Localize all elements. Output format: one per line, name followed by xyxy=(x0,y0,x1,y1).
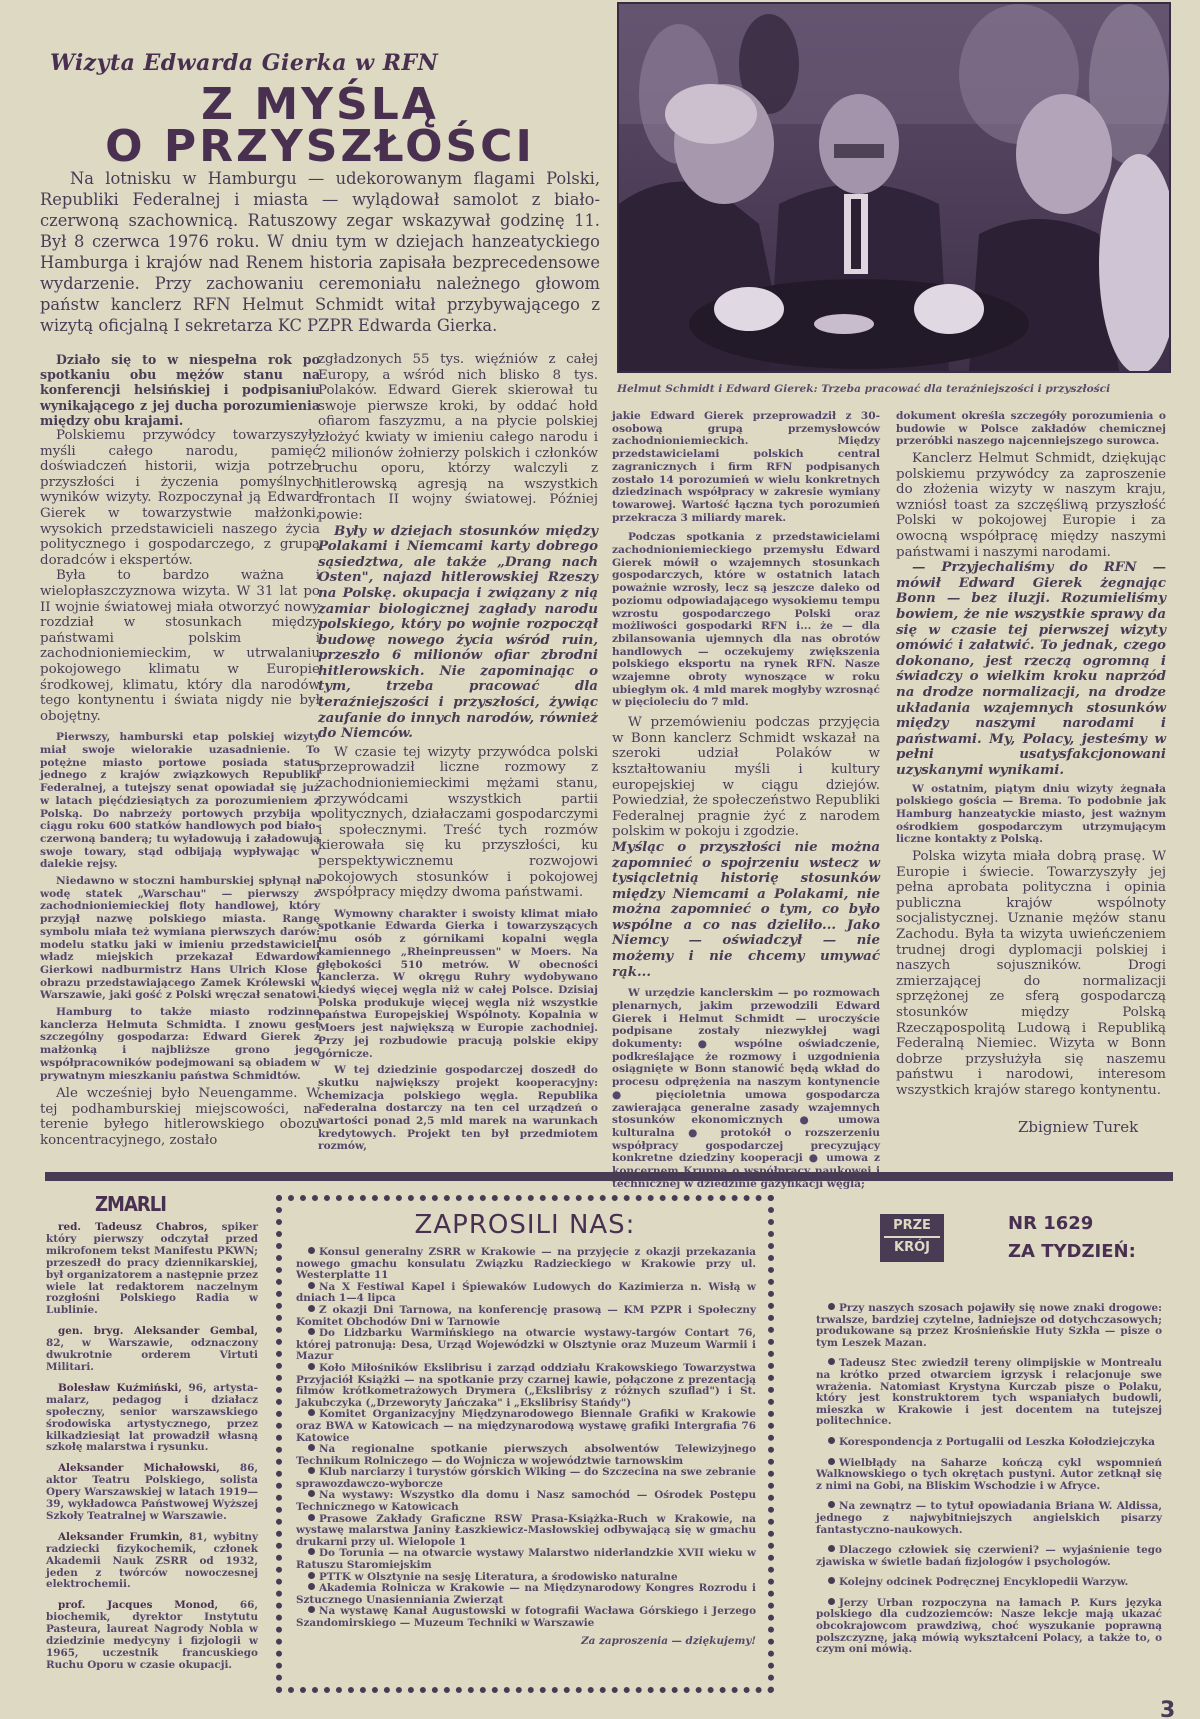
paragraph: W urzędzie kanclerskim — po rozmowach pl… xyxy=(612,987,880,1190)
invitations-title: ZAPROSILI NAS: xyxy=(276,1210,774,1240)
article-column-3: jakie Edward Gierek przeprowadził z 30-o… xyxy=(612,410,880,1191)
bullet-icon xyxy=(308,1583,315,1590)
photo-caption: Helmut Schmidt i Edward Gierek: Trzeba p… xyxy=(617,383,1187,395)
bullet-icon xyxy=(308,1247,315,1254)
paragraph: W ostatnim, piątym dniu wizyty żegnała p… xyxy=(896,783,1166,847)
invitations-list: Konsul generalny ZSRR w Krakowie — na pr… xyxy=(296,1247,756,1647)
next-issue-item: Korespondencja z Portugalii od Leszka Ko… xyxy=(816,1437,1162,1449)
section-divider xyxy=(45,1172,1173,1181)
paragraph: jakie Edward Gierek przeprowadził z 30-o… xyxy=(612,410,880,524)
bullet-icon xyxy=(308,1409,315,1416)
paragraph: Podczas spotkania z przedstawicielami za… xyxy=(612,531,880,709)
next-issue-list: Przy naszych szosach pojawiły się nowe z… xyxy=(816,1303,1162,1665)
bullet-icon xyxy=(308,1467,315,1474)
bullet-icon xyxy=(308,1572,315,1579)
paragraph: Wymowny charakter i swoisty klimat miało… xyxy=(318,908,598,1060)
bullet-icon xyxy=(308,1305,315,1312)
bullet-icon xyxy=(828,1458,835,1465)
photo-image xyxy=(619,4,1169,371)
paragraph: W tej dziedzinie gospodarczej doszedł do… xyxy=(318,1064,598,1153)
quote-paragraph: — Przyjechaliśmy do RFN — mówił Edward G… xyxy=(896,560,1166,778)
obituaries-list: red. Tadeusz Chabros, spiker który pierw… xyxy=(46,1222,258,1681)
next-issue-item: Wielbłądy na Saharze kończą cykl wspomni… xyxy=(816,1458,1162,1493)
invitation-item: Na wystawy: Wszystko dla domu i Nasz sam… xyxy=(296,1490,756,1513)
bullet-icon xyxy=(828,1358,835,1365)
bullet-icon xyxy=(308,1490,315,1497)
obituary-item: gen. bryg. Aleksander Gembal, 82, w Wars… xyxy=(46,1326,258,1374)
invitation-item: Komitet Organizacyjny Międzynarodowego B… xyxy=(296,1409,756,1444)
przekroj-logo: PRZE KRÓJ xyxy=(880,1214,944,1262)
bullet-icon xyxy=(308,1606,315,1613)
article-column-4: dokument określa szczegóły porozumienia … xyxy=(896,410,1166,1099)
invitations-thanks: Za zaproszenia — dziękujemy! xyxy=(296,1636,756,1648)
obituary-item: Aleksander Frumkin, 81, wybitny radzieck… xyxy=(46,1532,258,1592)
paragraph: Niedawno w stoczni hamburskiej spłynął n… xyxy=(40,875,320,1002)
bullet-icon xyxy=(308,1282,315,1289)
next-issue-header: NR 1629 ZA TYDZIEŃ: xyxy=(1008,1210,1136,1266)
paragraph: Była to bardzo ważna i wielopłaszczyznow… xyxy=(40,568,320,724)
bullet-icon xyxy=(308,1328,315,1335)
obituary-item: Bolesław Kuźmiński, 96, artysta-malarz, … xyxy=(46,1383,258,1454)
invitation-item: Z okazji Dni Tarnowa, na konferencję pra… xyxy=(296,1305,756,1328)
bullet-icon xyxy=(828,1437,835,1444)
bullet-icon xyxy=(308,1363,315,1370)
next-issue-item: Przy naszych szosach pojawiły się nowe z… xyxy=(816,1303,1162,1349)
article-photo xyxy=(617,2,1171,373)
quote-paragraph: Myśląc o przyszłości nie można zapomnieć… xyxy=(612,840,880,980)
article-headline: Z MYŚLĄ O PRZYSZŁOŚCI xyxy=(40,84,600,168)
bullet-icon xyxy=(308,1444,315,1451)
next-issue-item: Kolejny odcinek Podręcznej Encyklopedii … xyxy=(816,1577,1162,1589)
paragraph: Polska wizyta miała dobrą prasę. W Europ… xyxy=(896,849,1166,1099)
invitation-item: Na wystawę Kanał Augustowski w fotografi… xyxy=(296,1606,756,1629)
obituary-item: prof. Jacques Monod, 66, biochemik, dyre… xyxy=(46,1600,258,1671)
quote-paragraph: Były w dziejach stosunków między Polakam… xyxy=(318,524,598,742)
article-column-2: zgładzonych 55 tys. więźniów z całej Eur… xyxy=(318,352,598,1153)
invitation-item: Do Lidzbarku Warmińskiego na otwarcie wy… xyxy=(296,1328,756,1363)
obituary-item: Aleksander Michałowski, 86, aktor Teatru… xyxy=(46,1463,258,1523)
bullet-icon xyxy=(828,1598,835,1605)
next-issue-item: Jerzy Urban rozpoczyna na łamach P. Kurs… xyxy=(816,1598,1162,1656)
paragraph: W czasie tej wizyty przywódca polski prz… xyxy=(318,745,598,901)
next-issue-item: Dlaczego człowiek się czerwieni? — wyjaś… xyxy=(816,1545,1162,1568)
next-issue-item: Tadeusz Stec zwiedził tereny olimpijskie… xyxy=(816,1358,1162,1428)
next-issue-item: Na zewnątrz — to tytuł opowiadania Brian… xyxy=(816,1501,1162,1536)
paragraph: Działo się to w niespełna rok po spotkan… xyxy=(40,352,320,428)
headline-line-2: O PRZYSZŁOŚCI xyxy=(40,126,600,168)
invitation-item: Koło Miłośników Ekslibrisu i zarząd oddz… xyxy=(296,1363,756,1409)
obituary-item: red. Tadeusz Chabros, spiker który pierw… xyxy=(46,1222,258,1317)
paragraph: dokument określa szczegóły porozumienia … xyxy=(896,410,1166,448)
paragraph: zgładzonych 55 tys. więźniów z całej Eur… xyxy=(318,352,598,524)
invitation-item: Na regionalne spotkanie pierwszych absol… xyxy=(296,1444,756,1467)
bullet-icon xyxy=(828,1545,835,1552)
invitation-item: Konsul generalny ZSRR w Krakowie — na pr… xyxy=(296,1247,756,1282)
invitation-item: Akademia Rolnicza w Krakowie — na Między… xyxy=(296,1583,756,1606)
next-issue-subtitle: ZA TYDZIEŃ: xyxy=(1008,1238,1136,1266)
headline-line-1: Z MYŚLĄ xyxy=(40,84,600,126)
bullet-icon xyxy=(828,1303,835,1310)
invitation-item: Na X Festiwal Kapel i Śpiewaków Ludowych… xyxy=(296,1282,756,1305)
invitation-item: Do Torunia — na otwarcie wystawy Malarst… xyxy=(296,1548,756,1571)
bullet-icon xyxy=(308,1514,315,1521)
paragraph: Pierwszy, hamburski etap polskiej wizyty… xyxy=(40,731,320,871)
obituaries-title: ZMARLI xyxy=(95,1192,166,1216)
paragraph: Hamburg to także miasto rodzinne kancler… xyxy=(40,1006,320,1082)
article-kicker: Wizyta Edwarda Gierka w RFN xyxy=(50,50,438,76)
bullet-icon xyxy=(828,1501,835,1508)
invitation-item: Klub narciarzy i turystów górskich Wikin… xyxy=(296,1467,756,1490)
page-number: 3 xyxy=(1160,1698,1175,1719)
article-lead: Na lotnisku w Hamburgu — udekorowanym fl… xyxy=(40,168,600,336)
author-signature: Zbigniew Turek xyxy=(1018,1118,1138,1136)
paragraph: Kanclerz Helmut Schmidt, dziękując polsk… xyxy=(896,451,1166,560)
article-column-1: Działo się to w niespełna rok po spotkan… xyxy=(40,352,320,1149)
paragraph: Polskiemu przywódcy towarzyszyły myśli c… xyxy=(40,428,320,568)
paragraph: W przemówieniu podczas przyjęcia w Bonn … xyxy=(612,715,880,840)
invitation-item: Prasowe Zakłady Graficzne RSW Prasa-Ksią… xyxy=(296,1514,756,1549)
issue-number: NR 1629 xyxy=(1008,1210,1136,1238)
paragraph: Ale wcześniej było Neuengamme. W tej pod… xyxy=(40,1086,320,1148)
bullet-icon xyxy=(828,1577,835,1584)
bullet-icon xyxy=(308,1548,315,1555)
